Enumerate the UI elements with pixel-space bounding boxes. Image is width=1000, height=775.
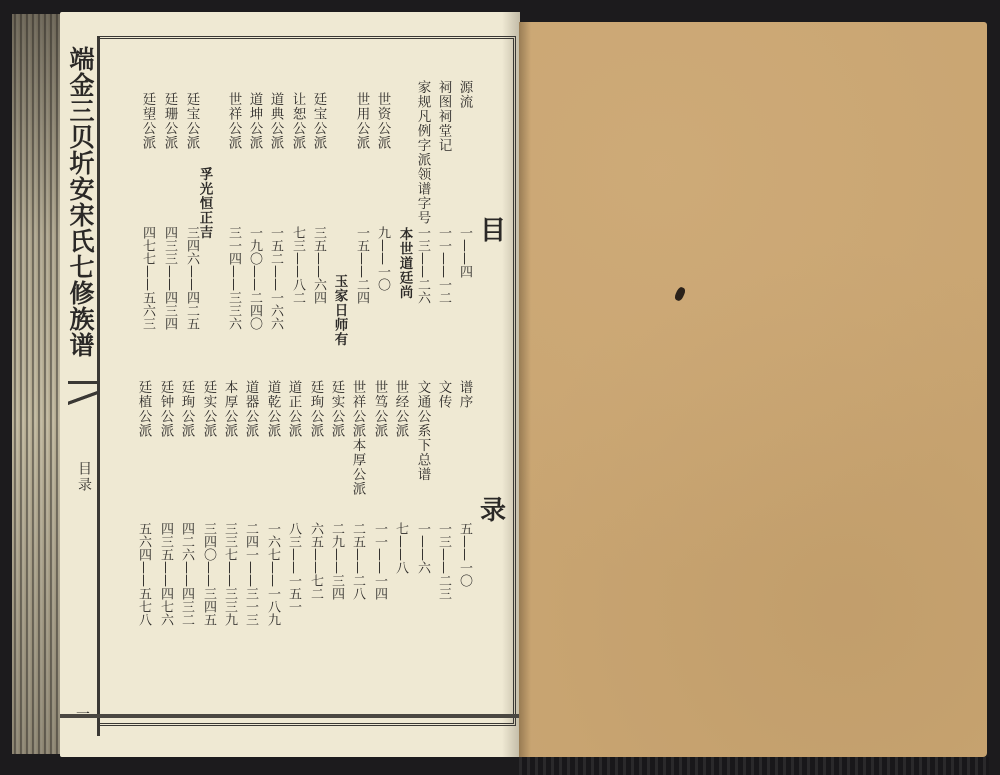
toc-entry-pages: 一三——二三 bbox=[437, 522, 450, 600]
toc-entry-title: 廷珣公派 bbox=[308, 380, 322, 438]
toc-entry-title: 世祥公派 bbox=[226, 92, 240, 150]
toc-entry-title: 廷钟公派 bbox=[158, 380, 172, 438]
generation-note: 玉家日师有 bbox=[332, 274, 346, 347]
toc-entry-title: 道器公派 bbox=[243, 380, 257, 438]
toc-entry-pages: 三五——六四 bbox=[312, 226, 325, 304]
left-page-toc: 端金三贝圻安宋氏七修族谱 目录 一 目 录 源流一——四祠图祠堂记一一——一二家… bbox=[60, 12, 520, 757]
toc-entry-pages: 六五——七二 bbox=[309, 522, 322, 600]
toc-entry-title: 让恕公派 bbox=[290, 92, 304, 150]
toc-entry-title: 文通公系下总谱 bbox=[415, 380, 429, 482]
toc-entry-title: 廷实公派 bbox=[329, 380, 343, 438]
toc-entry-pages: 七——八 bbox=[394, 522, 407, 574]
toc-entry-pages: 一三——二六 bbox=[416, 226, 429, 304]
paper-blemish bbox=[673, 286, 686, 302]
generation-note: 孚光恒正吉 bbox=[197, 167, 211, 240]
toc-entry-title: 源流 bbox=[457, 80, 471, 109]
toc-entry-pages: 一五二——一六六 bbox=[269, 226, 282, 330]
toc-entry-pages: 七三——八二 bbox=[291, 226, 304, 304]
toc-entry-pages: 一一——一四 bbox=[373, 522, 386, 600]
bottom-page-edges bbox=[519, 757, 989, 775]
toc-entry-title: 世资公派 bbox=[375, 92, 389, 150]
toc-entry-pages: 四二六——四三二 bbox=[180, 522, 193, 626]
toc-title-lu: 录 bbox=[480, 490, 506, 527]
spine-column: 端金三贝圻安宋氏七修族谱 目录 一 bbox=[68, 36, 100, 736]
toc-entry-title: 世用公派 bbox=[354, 92, 368, 150]
fishtail-ornament bbox=[68, 381, 100, 411]
toc-entry-pages: 八三——一五一 bbox=[287, 522, 300, 613]
toc-entry-pages: 一——六 bbox=[416, 522, 429, 574]
spine-book-title: 端金三贝圻安宋氏七修族谱 bbox=[70, 46, 98, 358]
toc-entry-title: 廷珣公派 bbox=[179, 380, 193, 438]
toc-entry-title: 道正公派 bbox=[286, 380, 300, 438]
toc-entry-title: 廷植公派 bbox=[136, 380, 150, 438]
toc-entry-title: 祠图祠堂记 bbox=[436, 80, 450, 153]
toc-entry-title: 道坤公派 bbox=[247, 92, 261, 150]
toc-entry-pages: 一——四 bbox=[458, 226, 471, 278]
toc-entry-pages: 五——一〇 bbox=[458, 522, 471, 587]
generation-note: 本世道廷尚 bbox=[397, 227, 411, 300]
toc-entry-pages: 一六七——一八九 bbox=[266, 522, 279, 626]
toc-entry-title: 世祥公派本厚公派 bbox=[350, 380, 364, 496]
toc-entry-pages: 四七七——五六三 bbox=[141, 226, 154, 330]
toc-entry-title: 本厚公派 bbox=[222, 380, 236, 438]
toc-entry-title: 文传 bbox=[436, 380, 450, 409]
frame-bottom-rule bbox=[60, 714, 520, 718]
toc-entry-title: 谱序 bbox=[457, 380, 471, 409]
toc-entry-title: 廷实公派 bbox=[201, 380, 215, 438]
toc-entry-pages: 九——一〇 bbox=[376, 226, 389, 291]
toc-entry-title: 世经公派 bbox=[393, 380, 407, 438]
toc-entry-title: 廷宝公派 bbox=[184, 92, 198, 150]
toc-entry-pages: 四三五——四七六 bbox=[159, 522, 172, 626]
toc-entry-title: 廷宝公派 bbox=[311, 92, 325, 150]
toc-entry-pages: 三一四——三三六 bbox=[227, 226, 240, 330]
toc-entry-pages: 四三三——四三四 bbox=[163, 226, 176, 330]
right-gutter-shadow bbox=[519, 22, 531, 757]
toc-entry-pages: 一九〇——二四〇 bbox=[248, 226, 261, 330]
toc-entry-title: 家规凡例字派领谱字号 bbox=[415, 80, 429, 225]
toc-entry-pages: 三四六——四二五 bbox=[185, 226, 198, 330]
toc-entry-pages: 二五——二八 bbox=[351, 522, 364, 600]
toc-entry-pages: 二四一——三一三 bbox=[244, 522, 257, 626]
toc-entry-pages: 三四〇——三四五 bbox=[202, 522, 215, 626]
right-page-blank bbox=[519, 22, 987, 757]
toc-entry-title: 道典公派 bbox=[268, 92, 282, 150]
toc-entry-pages: 一五——二四 bbox=[355, 226, 368, 304]
toc-entry-title: 世笃公派 bbox=[372, 380, 386, 438]
spine-section-label: 目录 bbox=[74, 461, 94, 493]
toc-entry-title: 道乾公派 bbox=[265, 380, 279, 438]
toc-entry-pages: 二九——三四 bbox=[330, 522, 343, 600]
toc-entry-title: 廷珊公派 bbox=[162, 92, 176, 150]
toc-entry-pages: 一一——一二 bbox=[437, 226, 450, 304]
toc-entry-pages: 三三七——三三九 bbox=[223, 522, 236, 626]
toc-title-mu: 目 bbox=[480, 210, 506, 247]
toc-entry-title: 廷望公派 bbox=[140, 92, 154, 150]
toc-entry-pages: 五六四——五七八 bbox=[137, 522, 150, 626]
